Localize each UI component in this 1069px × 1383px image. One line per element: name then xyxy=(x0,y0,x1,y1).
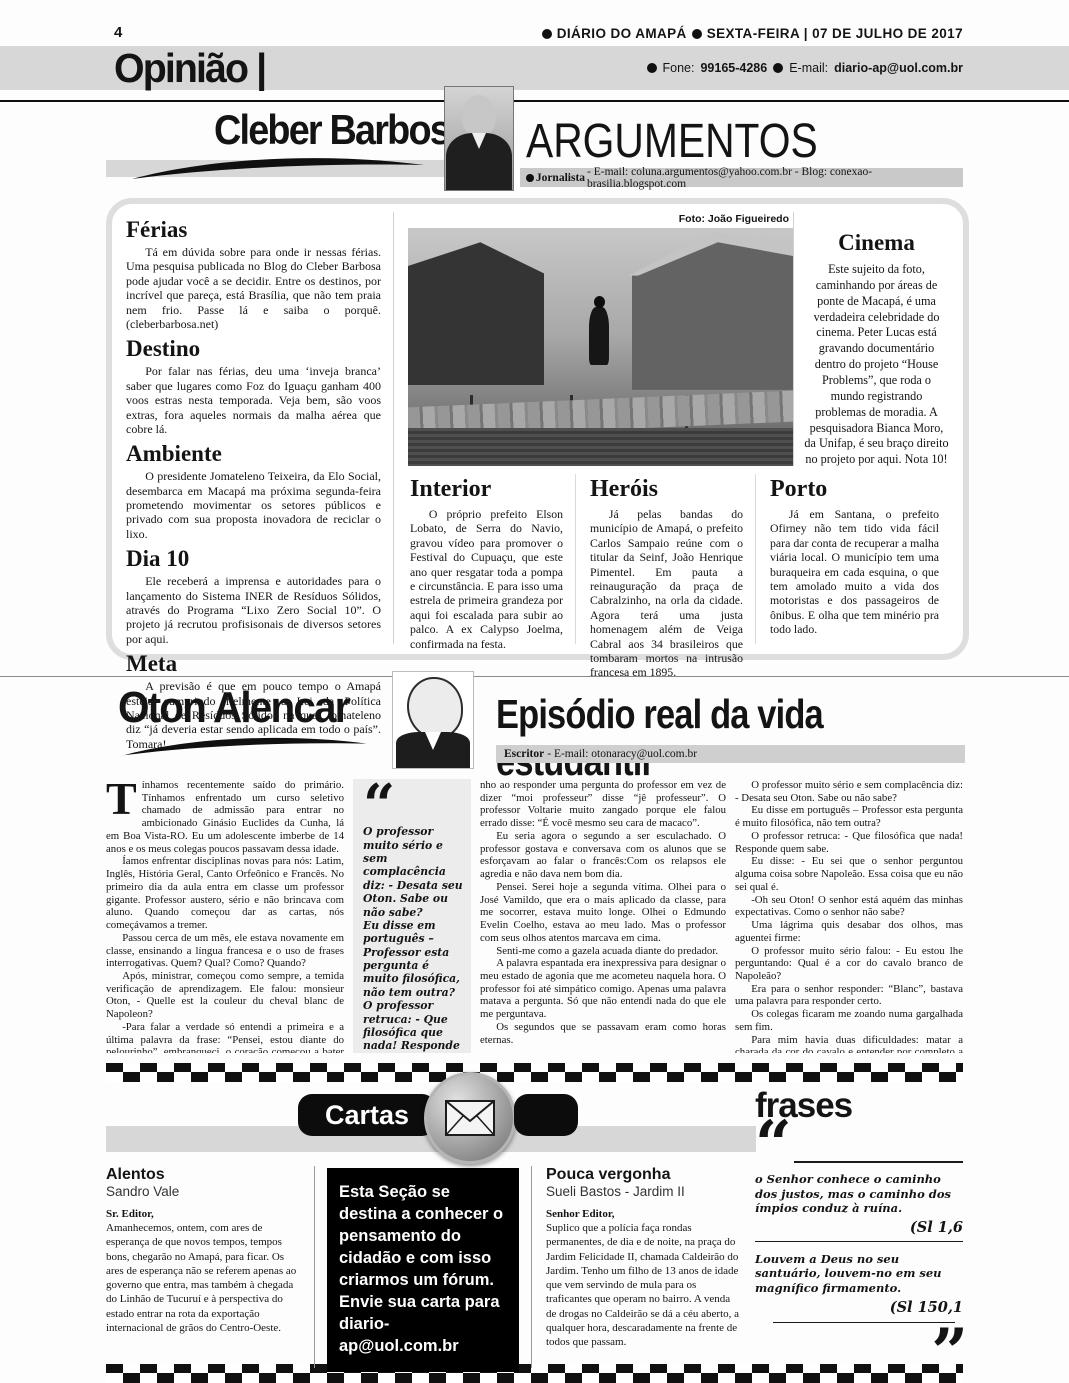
bible-citation: (Sl 150,1 xyxy=(755,1299,963,1316)
section-text: Já pelas bandas do município de Amapá, o… xyxy=(590,507,743,680)
headshot-face xyxy=(462,95,496,137)
article-paragraph: Eu disse em português – Professor esta p… xyxy=(735,804,963,829)
mail-icon xyxy=(773,63,783,73)
article-paragraph: Tínhamos recentemente saído do primário.… xyxy=(106,779,344,855)
phone-label: Fone: xyxy=(663,61,695,75)
envelope-icon xyxy=(444,1098,496,1138)
article-paragraph: Pensei. Serei hoje a segunda vítima. Olh… xyxy=(480,881,726,945)
photo-and-cinema-row: Foto: João Figueiredo xyxy=(408,212,951,466)
section-heading: Ambiente xyxy=(126,441,381,467)
photo-area: Foto: João Figueiredo xyxy=(408,212,793,466)
article-column-2: nho ao responder uma pergunta do profess… xyxy=(480,779,726,1053)
cleber-headshot-photo xyxy=(444,86,514,191)
frases-open-row: “ xyxy=(755,1126,963,1163)
section-heading: Dia 10 xyxy=(126,546,381,572)
letters-row: Alentos Sandro Vale Sr. Editor, Amanhece… xyxy=(106,1162,756,1372)
photo-house-left xyxy=(408,242,544,385)
cleber-byline-band: Jornalista - E-mail: coluna.argumentos@y… xyxy=(520,168,963,187)
section-text: O presidente Jomateleno Teixeira, da Elo… xyxy=(126,469,381,541)
oton-author-name: Oton Alencar xyxy=(118,683,349,733)
oton-column-header: Oton Alencar Episódio real da vida estud… xyxy=(0,676,1069,769)
open-quote-icon: “ xyxy=(363,785,463,825)
byline-contacts: - E-mail: otonaracy@uol.com.br xyxy=(547,748,697,760)
photo-walking-man xyxy=(589,307,609,365)
pull-quote-line: Eu disse em português – Professor esta p… xyxy=(363,919,463,999)
rule-line xyxy=(794,1161,963,1163)
article-paragraph: Os segundos que se passavam eram como ho… xyxy=(480,1021,726,1046)
oton-byline-band: Escritor - E-mail: otonaracy@uol.com.br xyxy=(496,745,965,763)
bible-quote: Louvem a Deus no seu santuário, louvem-n… xyxy=(755,1252,963,1296)
letter-body: Amanhecemos, ontem, com ares de esperanç… xyxy=(106,1221,302,1335)
section-heading: Heróis xyxy=(590,476,743,503)
photo-house-right xyxy=(632,233,793,390)
letter-title: Pouca vergonha xyxy=(546,1166,742,1184)
pull-quote-line: O professor muito sério e sem complacênc… xyxy=(363,825,463,919)
article-paragraph: Eu seria agora o segundo a ser esculacha… xyxy=(480,830,726,881)
article-paragraph: Era para o senhor responder: “Blanc”, ba… xyxy=(735,983,963,1008)
letter-title: Alentos xyxy=(106,1166,302,1184)
article-paragraph: Para mim havia duas dificuldades: matar … xyxy=(735,1034,963,1053)
cartas-title-pill: Cartas xyxy=(298,1094,436,1136)
argumentos-right-area: Foto: João Figueiredo xyxy=(408,212,951,644)
article-column-1: Tínhamos recentemente saído do primário.… xyxy=(106,779,344,1053)
section-text: Já em Santana, o prefeito Ofirney não te… xyxy=(770,507,939,637)
globe-icon xyxy=(526,174,534,182)
globe-icon xyxy=(542,29,552,39)
article-paragraph: Íamos enfrentar disciplinas novas para n… xyxy=(106,855,344,931)
bible-citation: (Sl 1,6 xyxy=(755,1219,963,1236)
article-paragraph: O professor muito sério falou: - Eu esto… xyxy=(735,945,963,983)
letter-salutation: Senhor Editor, xyxy=(546,1208,742,1220)
article-paragraph: Eu disse: - Eu sei que o senhor pergunto… xyxy=(735,855,963,893)
envelope-badge xyxy=(424,1072,516,1164)
porto-column: Porto Já em Santana, o prefeito Ofirney … xyxy=(755,474,951,644)
stilt-houses-photo xyxy=(408,228,793,466)
newspaper-page: 4 DIÁRIO DO AMAPÁ SEXTA-FEIRA | 07 DE JU… xyxy=(0,0,1069,1383)
article-paragraph: Após, ministrar, começou como sempre, a … xyxy=(106,970,344,1021)
section-heading: Cinema xyxy=(804,230,949,256)
photo-credit: Foto: João Figueiredo xyxy=(408,212,793,228)
masthead-title: DIÁRIO DO AMAPÁ xyxy=(557,26,687,41)
rule-line xyxy=(755,1241,963,1242)
argumentos-content-box: Férias Tá em dúvida sobre para onde ir n… xyxy=(106,198,969,660)
argumentos-left-column: Férias Tá em dúvida sobre para onde ir n… xyxy=(126,212,394,644)
cleber-column-header: Cleber Barbosa ARGUMENTOS Jornalista - E… xyxy=(0,100,1069,190)
section-band: Opinião | Fone: 99165-4286 E-mail: diari… xyxy=(0,46,1069,90)
section-title: Opinião | xyxy=(114,45,265,92)
rule-line xyxy=(773,1322,955,1323)
signature-swoosh-icon xyxy=(120,735,370,759)
cinema-column: Cinema Este sujeito da foto, caminhando … xyxy=(793,212,951,466)
article-paragraph: Uma lágrima quis desabar dos olhos, mas … xyxy=(735,919,963,944)
pull-quote-line: O professor retruca: - Que filosófica qu… xyxy=(363,999,463,1053)
section-text: Este sujeito da foto, caminhando por áre… xyxy=(804,262,949,468)
section-heading: Férias xyxy=(126,217,381,243)
letter-pouca-vergonha: Pouca vergonha Sueli Bastos - Jardim II … xyxy=(532,1162,742,1372)
letter-salutation: Sr. Editor, xyxy=(106,1208,302,1220)
article-paragraph: Passou cerca de um mês, ele estava novam… xyxy=(106,932,344,970)
article-paragraph: -Para falar a verdade só entendi a prime… xyxy=(106,1021,344,1053)
letter-author: Sueli Bastos - Jardim II xyxy=(546,1184,742,1199)
article-paragraph: nho ao responder uma pergunta do profess… xyxy=(480,779,726,830)
oton-article-body: Tínhamos recentemente saído do primário.… xyxy=(106,779,963,1053)
email-value: diario-ap@uol.com.br xyxy=(834,61,963,75)
byline-role: Jornalista xyxy=(536,172,585,184)
phone-value: 99165-4286 xyxy=(700,61,767,75)
section-text: O próprio prefeito Elson Lobato, de Serr… xyxy=(410,507,563,651)
section-heading: Destino xyxy=(126,336,381,362)
oton-caricature xyxy=(392,671,474,769)
phone-icon xyxy=(647,63,657,73)
article-column-3: O professor muito sério e sem complacênc… xyxy=(735,779,963,1053)
photo-walking-man-head xyxy=(594,296,605,308)
article-paragraph: Os colegas ficaram me zoando numa gargal… xyxy=(735,1008,963,1033)
letter-body: Suplico que a polícia faça rondas perman… xyxy=(546,1221,742,1350)
page-number: 4 xyxy=(114,24,122,41)
section-text: Ele receberá a imprensa e autoridades pa… xyxy=(126,574,381,646)
article-paragraph: O professor retruca: - Que filosófica qu… xyxy=(735,830,963,855)
cartas-header-pill xyxy=(514,1094,578,1136)
checker-divider xyxy=(106,1063,963,1082)
section-heading: Interior xyxy=(410,476,563,503)
cartas-section: Cartas Alentos Sandro Vale Sr. Editor, A… xyxy=(106,1090,963,1350)
article-paragraph: -Oh seu Oton! O senhor está aquém das mi… xyxy=(735,894,963,919)
photo-water xyxy=(408,428,793,466)
email-label: E-mail: xyxy=(789,61,828,75)
drop-cap: T xyxy=(106,779,142,818)
section-notice-box: Esta Seção se destina a conhecer o pensa… xyxy=(327,1168,519,1372)
interior-column: Interior O próprio prefeito Elson Lobato… xyxy=(408,474,575,644)
open-quote-icon: “ xyxy=(755,1126,788,1163)
byline-role: Escritor xyxy=(504,748,544,760)
cleber-author-name: Cleber Barbosa xyxy=(214,106,468,154)
frases-section: frases “ o Senhor conhece o caminho dos … xyxy=(755,1086,963,1372)
close-quote-icon: ” xyxy=(755,1333,963,1373)
oton-headline: Episódio real da vida estudantil xyxy=(496,691,977,785)
masthead-line: DIÁRIO DO AMAPÁ SEXTA-FEIRA | 07 DE JULH… xyxy=(542,26,963,41)
bible-quote: o Senhor conhece o caminho dos justos, m… xyxy=(755,1172,963,1216)
column-title: ARGUMENTOS xyxy=(526,114,818,169)
letter-alentos: Alentos Sandro Vale Sr. Editor, Amanhece… xyxy=(106,1162,314,1372)
section-heading: Porto xyxy=(770,476,939,503)
article-paragraph: Senti-me como a gazela acuada diante do … xyxy=(480,945,726,958)
cartas-area: Cartas Alentos Sandro Vale Sr. Editor, A… xyxy=(106,1090,756,1372)
globe-icon xyxy=(692,29,702,39)
caricature-face xyxy=(407,677,463,739)
cartas-header: Cartas xyxy=(106,1090,756,1150)
paragraph-text: ínhamos recentemente saído do primário. … xyxy=(106,779,344,855)
section-text: Tá em dúvida sobre para onde ir nessas f… xyxy=(126,245,381,331)
signature-swoosh-icon xyxy=(128,156,428,182)
article-paragraph: A palavra espantada era inexpressiva par… xyxy=(480,957,726,1021)
byline-contacts: - E-mail: coluna.argumentos@yahoo.com.br… xyxy=(587,166,963,190)
edition-date: SEXTA-FEIRA | 07 DE JULHO DE 2017 xyxy=(707,26,963,41)
herois-column: Heróis Já pelas bandas do município de A… xyxy=(575,474,755,644)
bottom-sections-row: Interior O próprio prefeito Elson Lobato… xyxy=(408,474,951,644)
section-text: Por falar nas férias, deu uma ‘inveja br… xyxy=(126,364,381,436)
letter-author: Sandro Vale xyxy=(106,1184,302,1199)
section-heading: Meta xyxy=(126,651,381,677)
pull-quote-box: “ O professor muito sério e sem complacê… xyxy=(353,779,471,1053)
page-top-header: 4 DIÁRIO DO AMAPÁ SEXTA-FEIRA | 07 DE JU… xyxy=(0,0,1069,46)
contact-line: Fone: 99165-4286 E-mail: diario-ap@uol.c… xyxy=(647,61,963,75)
notice-wrap: Esta Seção se destina a conhecer o pensa… xyxy=(315,1162,531,1372)
